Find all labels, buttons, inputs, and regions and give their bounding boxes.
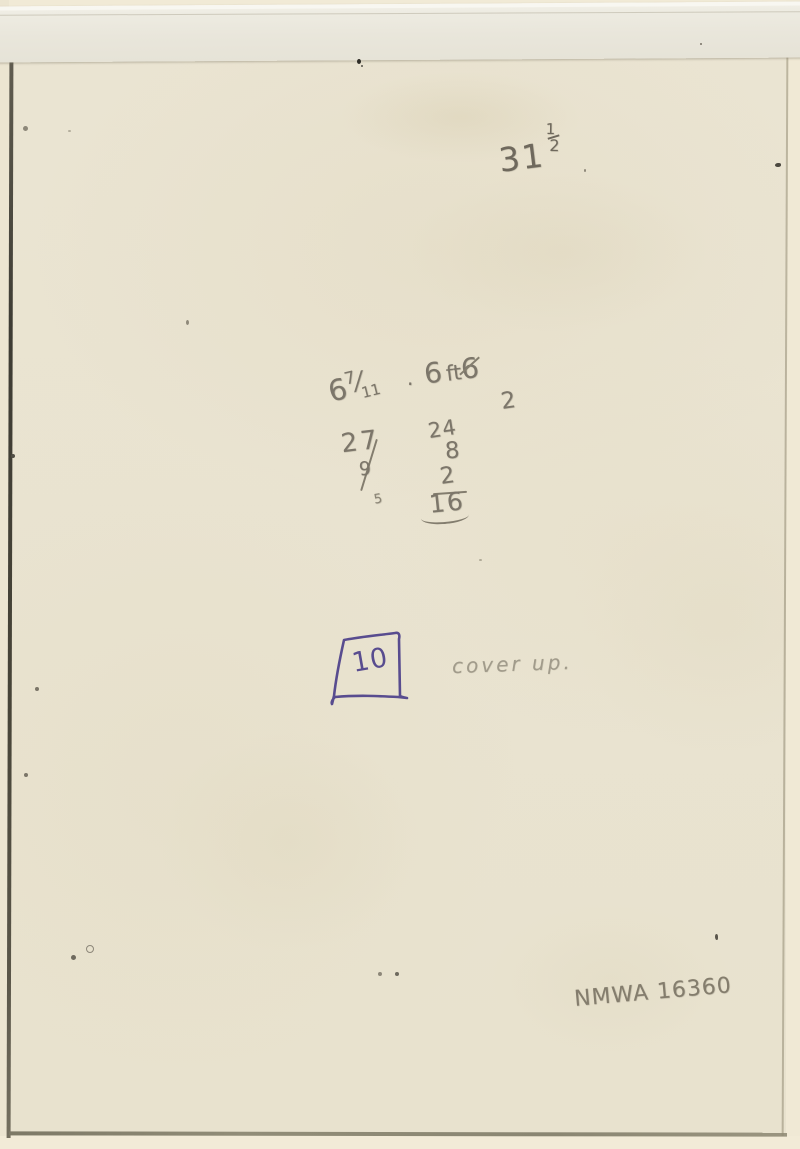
foxing-speck [715,934,718,940]
foxing-speck [479,559,482,561]
mount-background-right [786,0,800,1149]
foxing-speck [68,130,71,132]
foxing-speck [357,59,361,64]
mount-background-bottom [0,1136,800,1149]
inscription-9: 9 [358,457,372,480]
foxing-speck [361,65,363,67]
ink-box-number: 10 [350,642,391,679]
foxing-speck [186,320,189,325]
foxing-speck [86,945,94,953]
inscription-dot: · [407,372,413,396]
inscription-note: cover up. [452,650,573,678]
tape-crease [0,11,800,16]
foxing-speck [35,687,39,691]
foxing-speck [11,454,15,458]
foxing-speck [24,773,28,777]
inscription-2-underlined: 2 [438,462,456,490]
dimension-fraction: 12 [545,123,562,152]
paper-stain [160,732,420,952]
inscription-2: 2 [499,387,517,415]
foxing-speck [700,43,702,45]
dimension-whole: 31 [497,135,547,179]
paper-stain [410,172,710,332]
foxing-speck [395,972,399,976]
foxing-speck [23,126,28,131]
foxing-speck [584,169,586,172]
inscription-8: 8 [444,438,460,465]
paper-stain [570,492,800,752]
foxing-speck [378,972,382,976]
tape-highlight [0,2,800,11]
tape-strip [0,2,800,63]
struck-digit: 6 [459,351,485,386]
verso-scan: 3112 67⁄11 · 6ft6 2 24 27 9 5 8 2 16 10 … [0,0,800,1149]
inscription-dimension: 3112 [495,122,566,180]
foxing-speck [775,163,781,167]
foxing-speck [71,955,76,960]
